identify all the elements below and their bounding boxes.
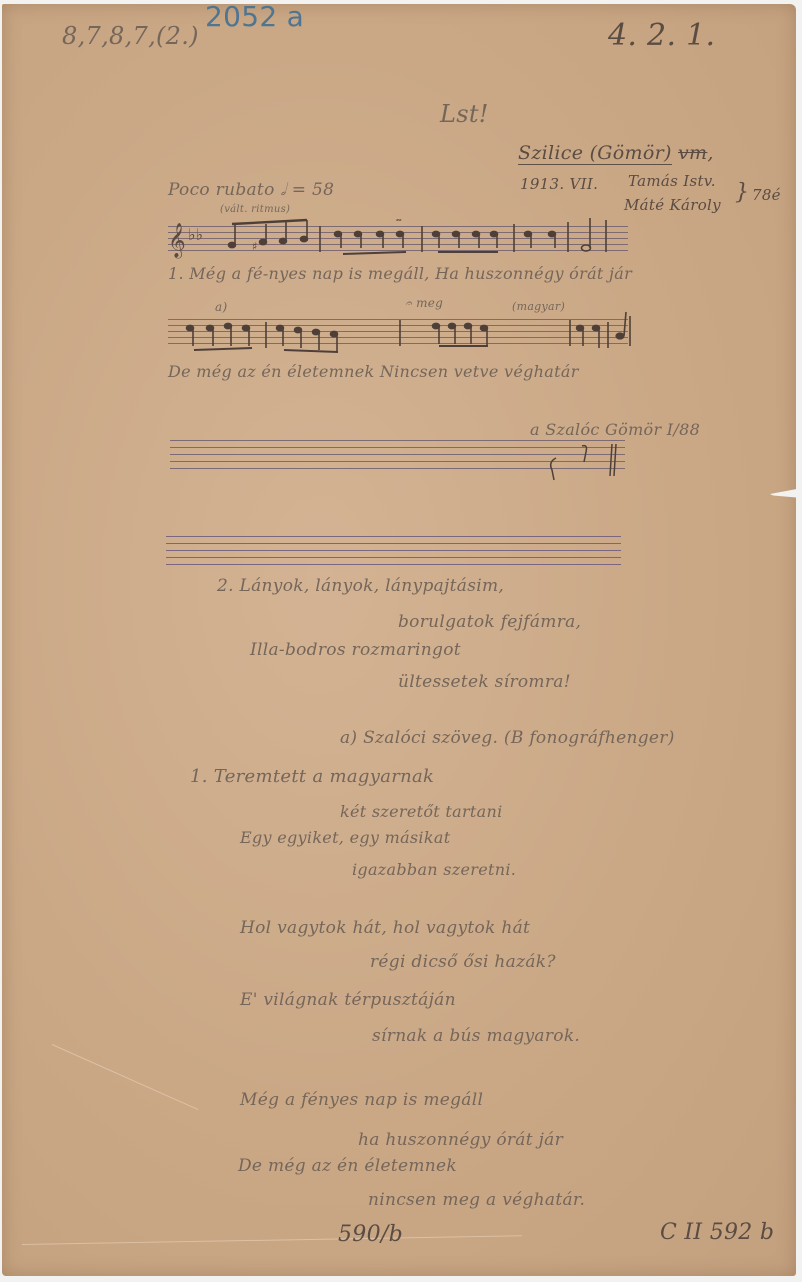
verse2-line-4: ültessetek síromra! <box>398 672 571 692</box>
svg-text:𝄞: 𝄞 <box>168 223 186 259</box>
staff-1-lyrics: 1. Még a fé-nyes nap is megáll, Ha huszo… <box>168 264 632 283</box>
provenance-place: Szilice (Gömör) vm, <box>518 142 714 164</box>
tempo-text: Poco rubato <box>168 180 275 200</box>
variant-line-12: nincsen meg a véghatár. <box>368 1190 585 1210</box>
staff-2-lyrics: De még az én életemnek Nincsen vetve vég… <box>168 362 579 381</box>
recording-date: 1913. VII. <box>520 175 598 193</box>
staff-2-mark-fermata: 𝄐 meg <box>405 296 443 311</box>
variant-line-7: E' világnak térpusztáján <box>240 990 456 1010</box>
variant-line-6: régi dicső ősi hazák? <box>370 952 556 972</box>
variant-line-5: Hol vagytok hát, hol vagytok hát <box>240 918 530 938</box>
singer-ages: 78é <box>752 186 781 204</box>
variant-line-8: sírnak a bús magyarok. <box>372 1026 580 1046</box>
svg-text:♭♭: ♭♭ <box>188 225 203 244</box>
paper-crease <box>52 1044 199 1110</box>
singer-2: Máté Károly <box>624 196 721 214</box>
singer-1: Tamás Istv. <box>628 172 716 190</box>
svg-text:♯: ♯ <box>252 240 257 253</box>
verse2-line-3: Illa-bodros rozmaringot <box>250 640 461 660</box>
variant-line-3: Egy egyiket, egy másikat <box>240 828 450 847</box>
variant-line-2: két szeretőt tartani <box>340 802 503 821</box>
staff-1-notes: 𝄞 ♭♭ ♯ 𝆗 <box>168 214 638 264</box>
annotation-lst: Lst! <box>440 100 489 128</box>
variant-line-4: igazabban szeretni. <box>352 860 516 879</box>
variant-heading: a) Szalóci szöveg. (B fonográfhenger) <box>340 728 675 748</box>
variant-line-10: ha huszonnégy órát jár <box>358 1130 563 1150</box>
variant-line-9: Még a fényes nap is megáll <box>240 1090 483 1110</box>
footer-code: C II 592 b <box>660 1220 774 1245</box>
svg-text:𝆗: 𝆗 <box>396 214 402 225</box>
staff-4-empty <box>166 536 621 560</box>
verse2-line-1: 2. Lányok, lányok, lánypajtásim, <box>217 576 504 596</box>
singer-brace: } <box>735 180 749 205</box>
place-name: Szilice (Gömör) <box>518 142 672 165</box>
staff-3-annotation: a Szalóc Gömör I/88 <box>530 420 700 439</box>
catalog-number: 2052 a <box>205 0 304 33</box>
footer-number: 590/b <box>338 1222 403 1247</box>
staff-3-notes <box>540 440 630 490</box>
paper-crease <box>22 1235 522 1245</box>
tempo-marking: Poco rubato 𝅗𝅥 = 58 <box>168 180 334 200</box>
verse2-line-2: borulgatok fejfámra, <box>398 612 581 632</box>
classification-code: 4. 2. 1. <box>608 18 715 53</box>
staff-2-notes <box>168 310 638 360</box>
place-struck: vm <box>678 142 707 164</box>
metronome-mark: 𝅗𝅥 = 58 <box>280 180 334 200</box>
variant-line-11: De még az én életemnek <box>238 1156 457 1176</box>
syllable-count: 8,7,8,7,(2.) <box>62 22 199 50</box>
variant-line-1: 1. Teremtett a magyarnak <box>190 766 434 787</box>
